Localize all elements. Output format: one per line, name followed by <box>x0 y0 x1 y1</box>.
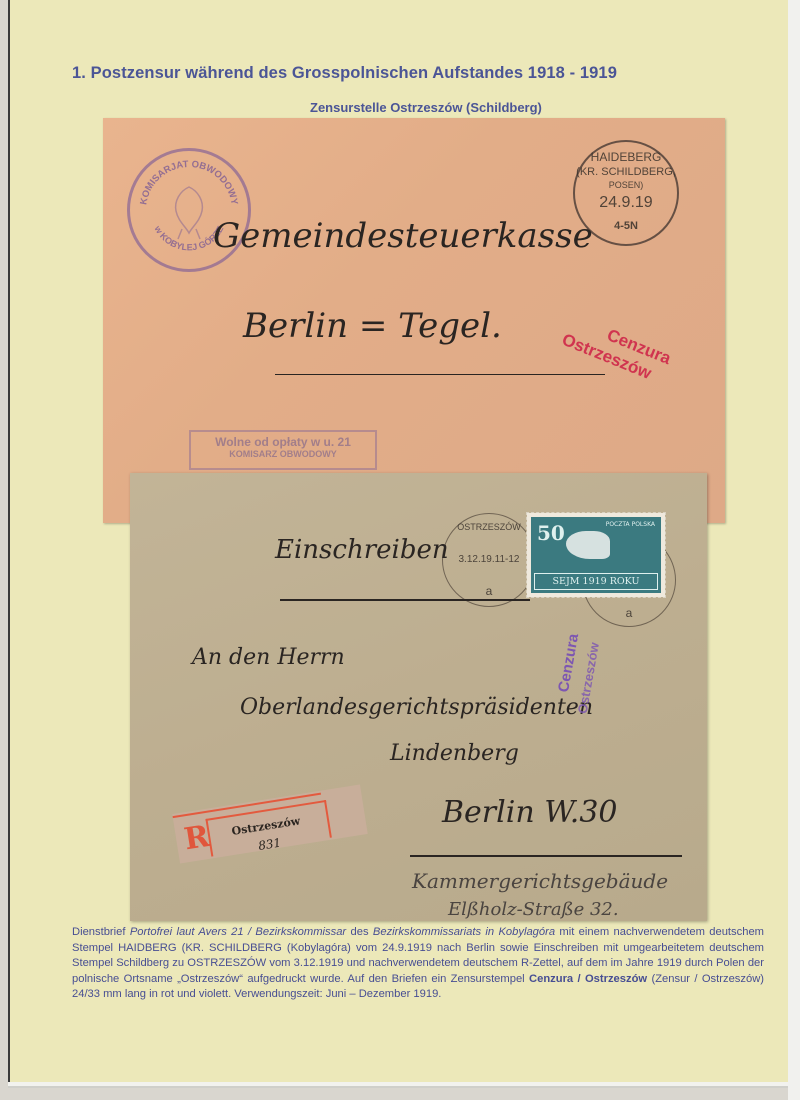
registration-label: R Ostrzeszów 831 <box>172 784 367 863</box>
censor-stamp-violet: Cenzura Ostrzeszów <box>550 632 607 716</box>
page-title: 1. Postzensur während des Grosspolnische… <box>72 64 617 83</box>
address-line-city: Berlin W.30 <box>442 795 618 830</box>
postage-free-stamp: Wolne od opłaty w u. 21 KOMISARZ OBWODOW… <box>189 430 377 470</box>
svg-text:KOMISARJAT OBWODOWY: KOMISARJAT OBWODOWY <box>138 159 240 206</box>
censor-stamp-red: Cenzura Ostrzeszów <box>559 309 674 388</box>
address-line: An den Herrn <box>192 645 345 670</box>
address-line: Kammergerichtsgebäude <box>412 869 668 893</box>
address-line-2: Berlin = Tegel. <box>243 306 502 346</box>
postmark-ostrzeszow-left: OSTRZESZÓW 3.12.19.11-12 a <box>442 513 536 607</box>
address-line: Lindenberg <box>390 741 519 766</box>
page-subtitle: Zensurstelle Ostrzeszów (Schildberg) <box>310 100 542 115</box>
envelope-ostrzeszow-registered: OSTRZESZÓW 3.12.19.11-12 a a 50 POCZTA P… <box>130 473 707 921</box>
eagle-icon <box>566 531 610 559</box>
description-caption: Dienstbrief Portofrei laut Avers 21 / Be… <box>72 925 764 1003</box>
envelope-haidberg: KOMISARJAT OBWODOWY w KOBYLEJ GÓRZE HAID… <box>103 118 725 523</box>
address-line: Oberlandesgerichtspräsidenten <box>240 695 593 720</box>
city-underline <box>410 855 682 857</box>
postage-stamp-sejm: 50 POCZTA POLSKA SEJM 1919 ROKU <box>527 513 665 597</box>
address-line: Elßholz-Straße 32. <box>448 899 619 920</box>
sheet-edge <box>788 0 800 1100</box>
address-line-1: Gemeindesteuerkasse <box>213 216 593 256</box>
address-underline <box>275 374 605 375</box>
registered-underline <box>280 599 530 601</box>
eagle-icon <box>176 187 203 239</box>
album-sheet: 1. Postzensur während des Grosspolnische… <box>8 0 790 1082</box>
registered-note: Einschreiben <box>275 535 449 565</box>
